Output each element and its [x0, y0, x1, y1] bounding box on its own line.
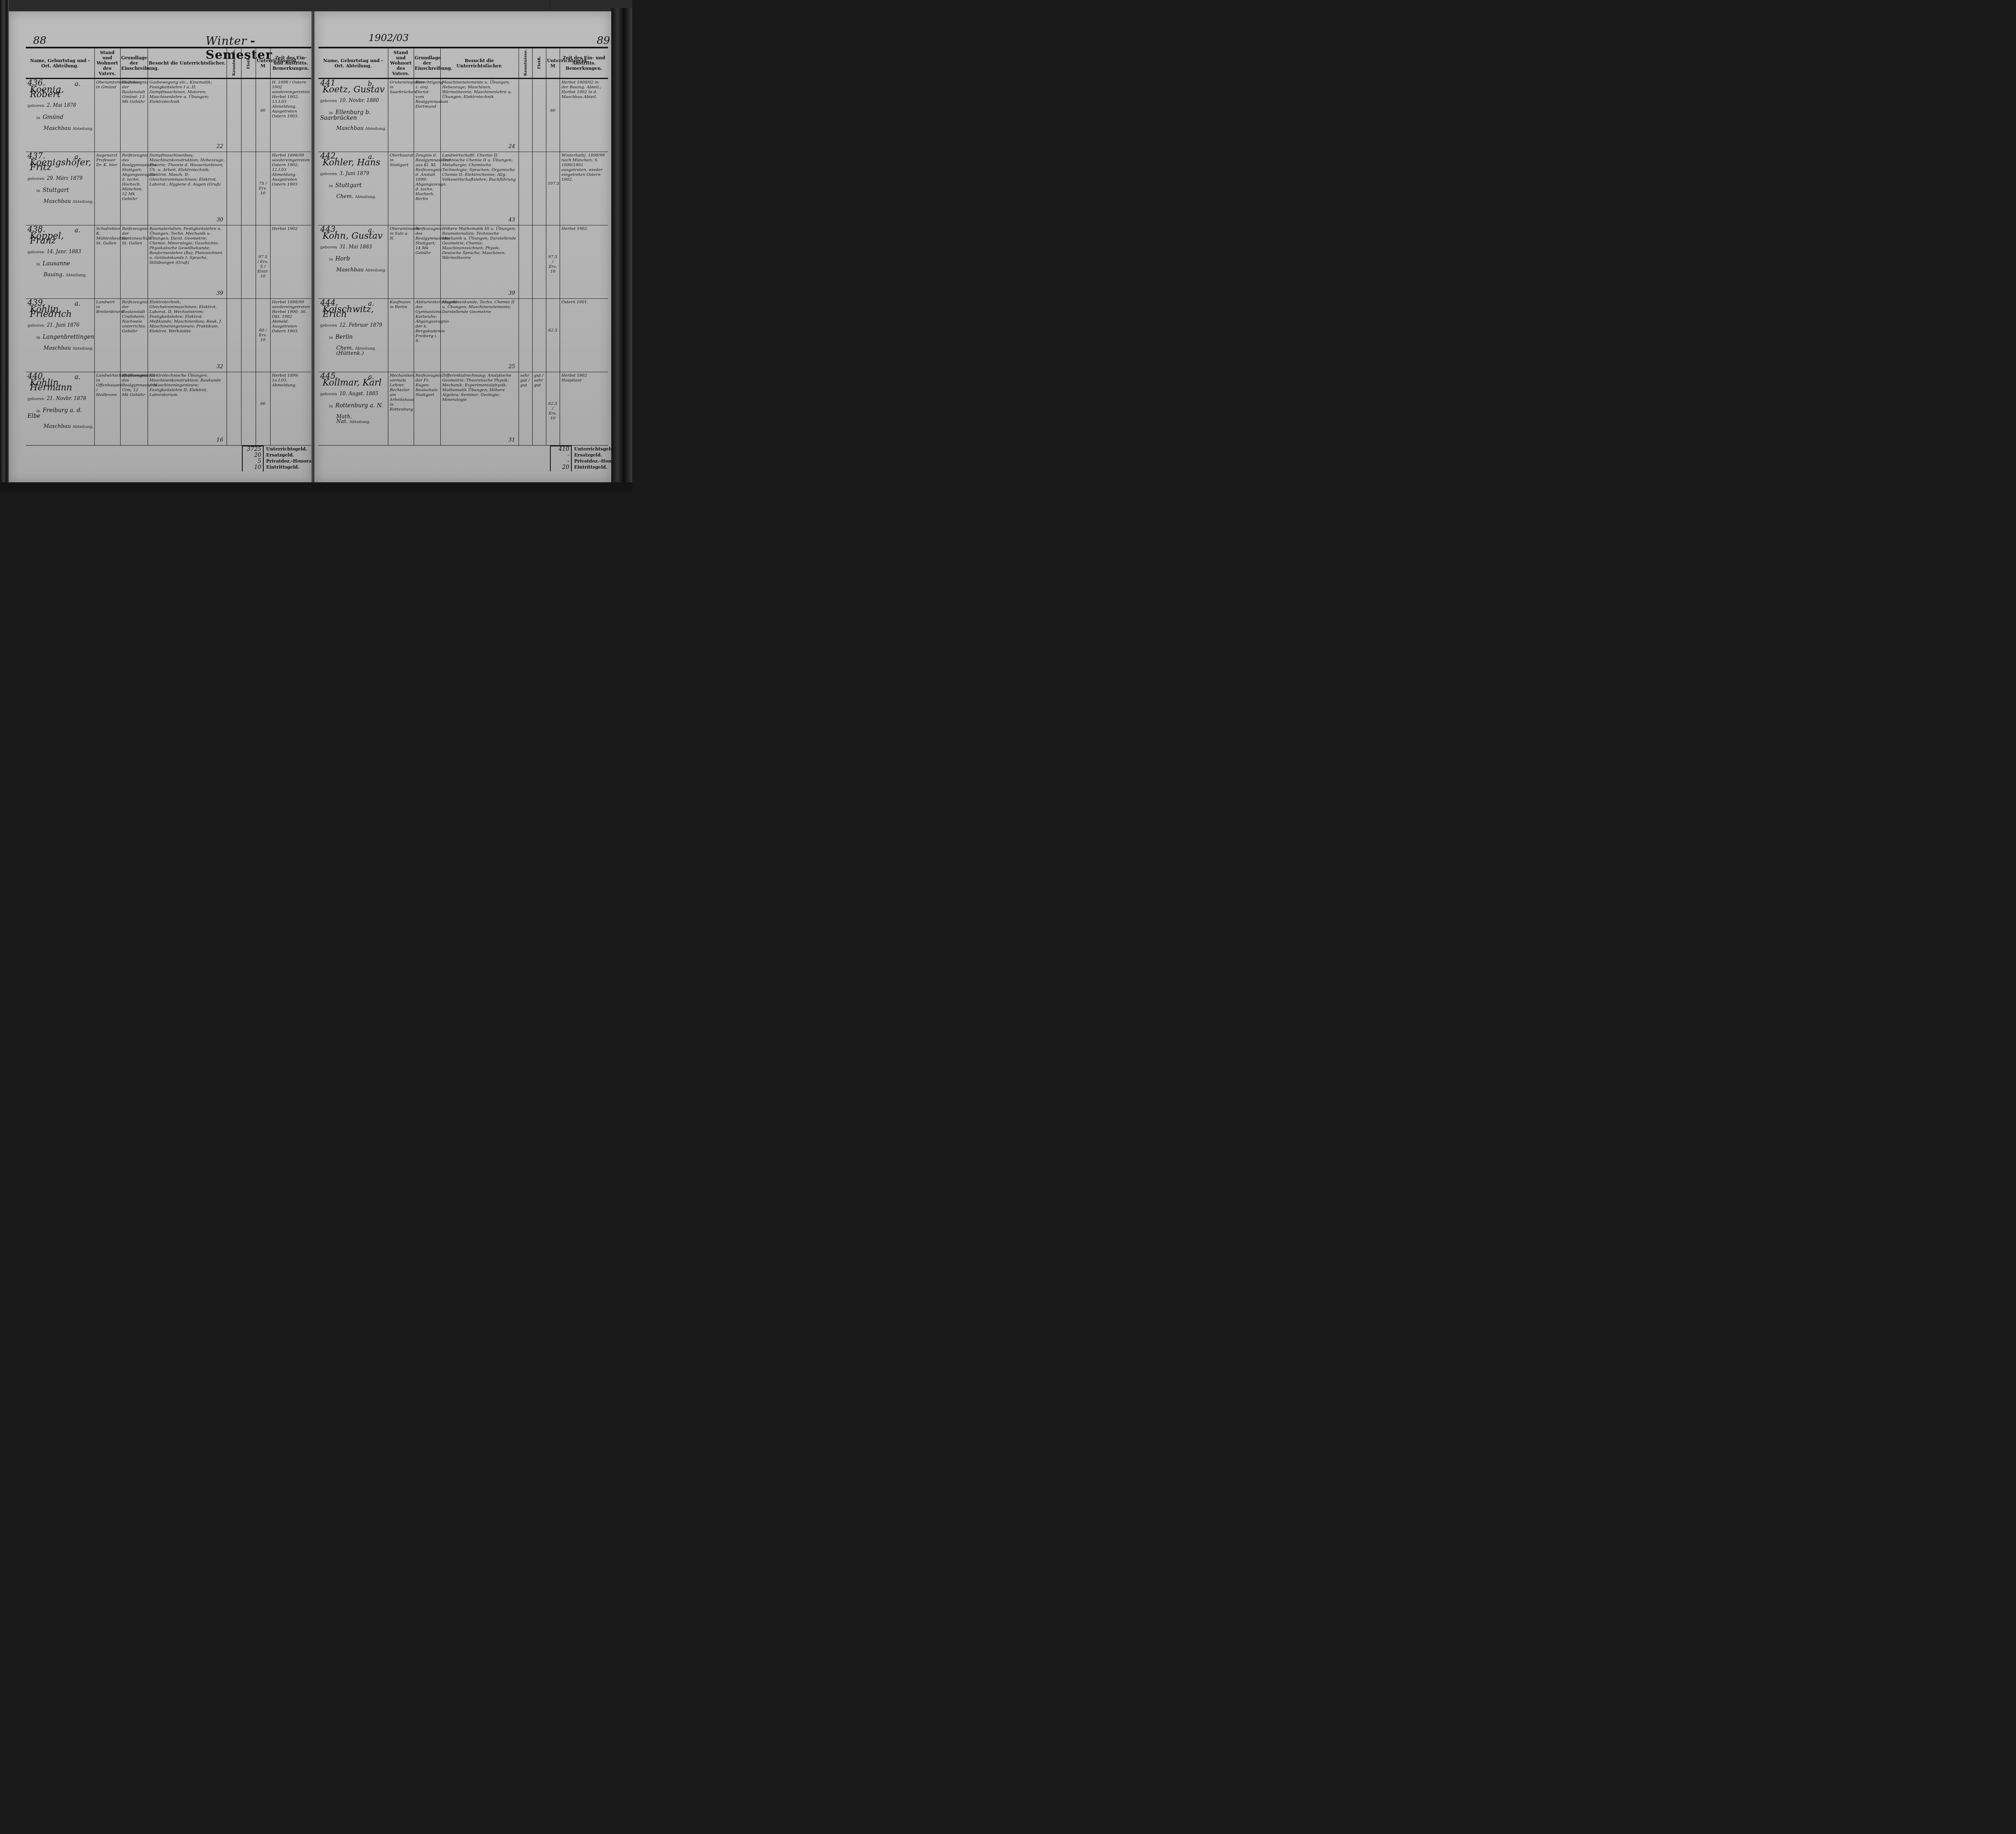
basis-cell: Reifezeugnis der Fr. Eugen-Realschule St… — [414, 372, 440, 446]
birthplace: Langenbrettingen — [43, 334, 94, 340]
diligence-cell — [532, 299, 546, 372]
knowledge-cell — [227, 299, 241, 372]
col-father: Stand und Wohnort des Vaters. — [94, 48, 120, 79]
fee-amount: 60 — [258, 402, 269, 406]
department: Chem. — [336, 194, 353, 200]
birth-date: 12. Februar 1879 — [339, 322, 382, 328]
col-name: Name, Geburtstag und -Ort. Abteilung. — [319, 48, 388, 79]
department: Maschbau — [44, 198, 71, 204]
student-cell: 441b.Koetz, Gustavgeboren10. Novbr. 1880… — [319, 79, 388, 152]
department-label: Abteilung. — [349, 420, 370, 424]
table-row: 443.a.Kohn, Gustavgeboren31. Mai 1883inH… — [319, 225, 608, 299]
subject-count: 24 — [508, 144, 515, 149]
born-label: geboren — [320, 392, 337, 396]
birthplace: Horb — [335, 256, 350, 262]
knowledge-cell — [519, 225, 532, 299]
born-label: geboren — [320, 323, 337, 328]
in-label: in — [36, 336, 40, 340]
student-cell: 444.a.Koischwitz, Erichgeboren12. Februa… — [319, 299, 388, 372]
in-label: in — [329, 257, 333, 262]
knowledge-cell — [519, 299, 532, 372]
subjects-list: Elektrotechnik; Gleichstrommaschinen; El… — [150, 300, 225, 334]
father-cell: Schulrektor K. Mühlenbesitzer St. Gallen — [94, 225, 120, 299]
col-diligence: Fleiß. — [241, 48, 256, 79]
father-cell: Oberamtsmechaniker in Gmünd — [94, 79, 120, 152]
section-letter: a. — [75, 301, 81, 306]
basis-cell: Abiturientenzeugnis des Gymnasiums Karls… — [414, 299, 440, 372]
born-label: geboren — [320, 99, 337, 103]
subject-count: 22 — [217, 144, 223, 149]
fee-cell: 60 — [256, 79, 270, 152]
register-table: Name, Geburtstag und -Ort. Abteilung. St… — [319, 47, 608, 446]
department-label: Abteilung. — [355, 195, 376, 199]
subjects-list: Maschinenelemente u. Übungen; Hebezeuge;… — [442, 80, 517, 100]
student-name: Koenigshöfer, Fritz — [30, 160, 93, 170]
birth-date: 2. Mai 1878 — [47, 102, 76, 108]
col-remarks: Zeit des Ein- und Austritts. Bemerkungen… — [270, 48, 311, 79]
table-row: 442.a.Kohler, Hansgeboren3. Juni 1879inS… — [319, 152, 608, 225]
fee-cell: 60 — [256, 372, 270, 446]
student-cell: 439.a.Köhlin, Friedrichgeboren21. Juni 1… — [26, 299, 94, 372]
col-subjects: Besucht die Unterrichtsfächer. — [440, 48, 519, 79]
in-label: in — [36, 116, 40, 120]
student-cell: 437.a.Koenigshöfer, Fritzgeboren29. März… — [26, 152, 94, 225]
fee-amount: 75 / Ers. 10 — [258, 181, 269, 196]
in-label: in — [329, 404, 333, 408]
student-cell: 438.a.Köppel, Franzgeboren14. Janr. 1883… — [26, 225, 94, 299]
department-label: Abteilung. — [73, 346, 94, 351]
diligence-cell — [241, 372, 256, 446]
subjects-list: Höhere Mathematik III u. Übungen; Baumat… — [442, 227, 517, 261]
birthplace: Lausanne — [43, 261, 71, 267]
student-name: Koischwitz, Erich — [323, 307, 386, 317]
diligence-cell — [532, 79, 546, 152]
subjects-cell: Maschinenkunde; Techn. Chemie II u. Übun… — [440, 299, 519, 372]
knowledge-cell — [227, 372, 241, 446]
remarks-cell: Herbst 1902 — [270, 225, 311, 299]
subjects-cell: Baumaterialien; Festigkeitslehre u. Übun… — [148, 225, 227, 299]
remarks-cell: Herbst 1900/02 in der Bauing. Abteil.; H… — [560, 79, 608, 152]
subject-count: 31 — [508, 438, 515, 443]
department-note: (Hüttenk.) — [336, 351, 386, 356]
fee-amount: 60 — [548, 108, 558, 113]
diligence-cell — [241, 152, 256, 225]
student-cell: 443.a.Kohn, Gustavgeboren31. Mai 1883inH… — [319, 225, 388, 299]
table-row: 444.a.Koischwitz, Erichgeboren12. Februa… — [319, 299, 608, 372]
in-label: in — [36, 262, 40, 267]
subjects-list: Baumaterialien; Festigkeitslehre u. Übun… — [150, 227, 225, 265]
table-row: 439.a.Köhlin, Friedrichgeboren21. Juni 1… — [26, 299, 311, 372]
section-letter: a. — [368, 301, 374, 306]
birth-date: 3. Juni 1879 — [339, 171, 369, 176]
knowledge-cell — [227, 152, 241, 225]
subjects-cell: Gasbewegung etc.; Kinematik; Festigkeits… — [148, 79, 227, 152]
knowledge-cell — [227, 225, 241, 299]
knowledge-cell — [227, 79, 241, 152]
totals-values: 3725 20 5 10 — [242, 445, 264, 471]
birthplace: Berlin — [335, 334, 353, 340]
remarks-cell: Herbst 1902 Hospitant — [560, 372, 608, 446]
fee-amount: 107.5 — [548, 181, 558, 186]
born-label: geboren — [27, 323, 44, 328]
section-letter: a. — [368, 228, 374, 233]
student-name: Kollmar, Karl — [323, 381, 386, 386]
subject-count: 16 — [217, 438, 223, 443]
semester-name: Winter — [206, 34, 247, 48]
student-cell: 436.a.Koenig, Robertgeboren2. Mai 1878in… — [26, 79, 94, 152]
subject-count: 30 — [217, 218, 223, 223]
department-label: Abteilung. — [66, 273, 87, 277]
born-label: geboren — [27, 104, 44, 108]
section-letter: a. — [368, 154, 374, 159]
ledger-scan: 88 Winter-Semester Name, Geburtstag und … — [0, 0, 632, 492]
student-name: Koetz, Gustav — [323, 88, 386, 92]
diligence-cell — [241, 225, 256, 299]
department: Bauing. — [44, 272, 64, 278]
student-cell: 445.a.Kollmar, Karlgeboren10. Augst. 188… — [319, 372, 388, 446]
totals-labels: Unterrichtsgeld. Ersatzgeld. Privatdoz.-… — [266, 446, 315, 470]
basis-cell: Berechtigung z. einj. Dienst vom Realgym… — [414, 79, 440, 152]
department: Maschbau — [336, 125, 364, 131]
father-cell: Oberamtmann in Sulz a. N. — [388, 225, 414, 299]
fee-amount: 97.5 / Ers. 5 / Eintr. 10 — [258, 255, 269, 279]
section-letter: b. — [368, 81, 374, 86]
fee-amount: 82.5 / Ers. 10 — [548, 402, 558, 421]
subject-count: 43 — [508, 218, 515, 223]
remarks-cell: Herbst 1902. — [560, 225, 608, 299]
remarks-cell: Winterhalbj. 1898/99 nach München; S. 18… — [560, 152, 608, 225]
table-row: 437.a.Koenigshöfer, Fritzgeboren29. März… — [26, 152, 311, 225]
book-edge-right — [611, 8, 632, 492]
department-label: Abteilung. — [365, 268, 386, 273]
subjects-list: Elektrotechnische Übungen; Maschinenkons… — [150, 373, 225, 398]
father-cell: Kaufmann in Berlin — [388, 299, 414, 372]
born-label: geboren — [27, 177, 44, 181]
student-name: Köhlin, Hermann — [30, 381, 93, 390]
col-father: Stand und Wohnort des Vaters. — [388, 48, 414, 79]
birthplace: Ellenburg b. Saarbrücken — [320, 109, 371, 121]
subjects-list: Landwirtschaftl. Chemie II; Technische C… — [442, 153, 517, 182]
left-page: 88 Winter-Semester Name, Geburtstag und … — [9, 11, 312, 483]
page-number: 88 — [33, 35, 46, 47]
birthplace: Gmünd — [43, 114, 63, 121]
birth-date: 29. März 1879 — [47, 175, 83, 181]
student-name: Kohn, Gustav — [323, 234, 386, 239]
col-fee: Unterrichtsgeld. M — [546, 48, 560, 79]
subjects-cell: Maschinenelemente u. Übungen; Hebezeuge;… — [440, 79, 519, 152]
birthplace: Freiburg a. d. Elbe — [27, 407, 82, 419]
subject-count: 32 — [217, 365, 223, 369]
basis-cell: Reifezeugnis des Realgymnasiums Ulm; 12 … — [120, 372, 148, 446]
fee-cell: 97.5 / Ers. 10 — [546, 225, 560, 299]
fee-cell: 75 / Ers. 10 — [256, 152, 270, 225]
academic-year: 1902/03 — [369, 32, 409, 44]
subject-count: 25 — [508, 365, 515, 369]
in-label: in — [36, 189, 40, 193]
born-label: geboren — [320, 245, 337, 250]
fee-cell: 60 — [546, 79, 560, 152]
fee-amount: 62.5 — [548, 328, 558, 333]
subjects-cell: Differentialrechnung; Analytische Geomet… — [440, 372, 519, 446]
remarks-cell: H. 1898 / Ostern 1902 wiedereingetreten … — [270, 79, 311, 152]
section-letter: a. — [368, 375, 374, 379]
subjects-cell: Dampfmaschinenbau; Maschinenkonstruktion… — [148, 152, 227, 225]
subject-count: 39 — [508, 291, 515, 296]
fee-amount: 80 / Ers. 10 — [258, 328, 269, 343]
remarks-cell: Herbst 1899; 1a.I.03. Abmeldung. — [270, 372, 311, 446]
fee-amount: 60 — [258, 108, 269, 113]
section-letter: a. — [75, 228, 81, 233]
student-name: Kohler, Hans — [323, 160, 386, 165]
student-cell: 442.a.Kohler, Hansgeboren3. Juni 1879inS… — [319, 152, 388, 225]
basis-cell: Reifezeugnis der Realanstalt Crailsheim;… — [120, 299, 148, 372]
father-cell: Mechaniker, vormals Lehrer, Bechteler am… — [388, 372, 414, 446]
subject-count: 39 — [217, 291, 223, 296]
knowledge-cell: sehr gut / gut — [519, 372, 532, 446]
diligence-cell — [532, 225, 546, 299]
department-label: Abteilung. — [365, 127, 386, 131]
right-page: 1902/03 89. Name, Geburtstag und -Ort. A… — [314, 11, 611, 483]
student-name: Koenig, Robert — [30, 88, 93, 97]
subjects-list: Gasbewegung etc.; Kinematik; Festigkeits… — [150, 80, 225, 104]
basis-cell: Reifezeugnis des Realgymnasiums Stuttgar… — [120, 152, 148, 225]
fee-cell: 82.5 / Ers. 10 — [546, 372, 560, 446]
department: Maschbau — [44, 345, 71, 351]
student-name: Köhlin, Friedrich — [30, 307, 93, 317]
fee-amount: 97.5 / Ers. 10 — [548, 255, 558, 274]
born-label: geboren — [320, 172, 337, 176]
col-diligence: Fleiß. — [532, 48, 546, 79]
diligence-cell — [532, 152, 546, 225]
register-table: Name, Geburtstag und -Ort. Abteilung. St… — [26, 47, 311, 446]
fee-cell: 62.5 — [546, 299, 560, 372]
knowledge-cell — [519, 79, 532, 152]
col-basis: Grundlage der Einschreibung. — [120, 48, 148, 79]
department: Maschbau — [336, 267, 364, 273]
birthplace: Rottenburg a. N. — [335, 402, 383, 409]
basis-cell: Reifezeugnis der Kantonsschule St. Galle… — [120, 225, 148, 299]
birth-date: 14. Janr. 1883 — [47, 249, 81, 254]
student-cell: 440.a.Köhlin, Hermanngeboren21. Novbr. 1… — [26, 372, 94, 446]
remarks-cell: Ostern 1901. — [560, 299, 608, 372]
birth-date: 10. Augst. 1885 — [339, 391, 378, 396]
fee-cell: 80 / Ers. 10 — [256, 299, 270, 372]
department-label: Abteilung. — [73, 425, 94, 429]
page-mark — [549, 0, 550, 10]
subjects-cell: Landwirtschaftl. Chemie II; Technische C… — [440, 152, 519, 225]
subjects-cell: Höhere Mathematik III u. Übungen; Baumat… — [440, 225, 519, 299]
subjects-list: Dampfmaschinenbau; Maschinenkonstruktion… — [150, 153, 225, 187]
col-name: Name, Geburtstag und -Ort. Abteilung. — [26, 48, 94, 79]
table-row: 445.a.Kollmar, Karlgeboren10. Augst. 188… — [319, 372, 608, 446]
totals-values: 410 - - 20 — [550, 445, 572, 471]
book-edge-bottom — [0, 482, 632, 492]
birth-date: 21. Novbr. 1878 — [47, 396, 86, 401]
subjects-cell: Elektrotechnik; Gleichstrommaschinen; El… — [148, 299, 227, 372]
department: Maschbau — [44, 423, 71, 429]
section-letter: a. — [75, 375, 81, 379]
birth-date: 21. Juni 1876 — [47, 322, 79, 328]
knowledge-cell — [519, 152, 532, 225]
department: Maschbau — [44, 125, 71, 131]
table-row: 440.a.Köhlin, Hermanngeboren21. Novbr. 1… — [26, 372, 311, 446]
department-label: Abteilung. — [73, 200, 94, 204]
birthplace: Stuttgart — [43, 187, 69, 194]
department-label: Abteilung. — [73, 127, 94, 131]
father-cell: Grubeninspektor in Saarbrücken — [388, 79, 414, 152]
basis-cell: Reifezeugnis der Realanstalt Gmünd; 13 M… — [120, 79, 148, 152]
born-label: geboren — [27, 250, 44, 254]
subjects-list: Maschinenkunde; Techn. Chemie II u. Übun… — [442, 300, 517, 315]
father-cell: Augenarzt Professor Dr. K. hier — [94, 152, 120, 225]
subjects-list: Differentialrechnung; Analytische Geomet… — [442, 373, 517, 402]
basis-cell: Zeugnis d. Realgymnasiums aus Kl. XI; Re… — [414, 152, 440, 225]
table-row: 441b.Koetz, Gustavgeboren10. Novbr. 1880… — [319, 79, 608, 152]
section-letter: a. — [75, 154, 81, 159]
section-letter: a. — [75, 81, 81, 86]
in-label: in — [329, 336, 333, 340]
birthplace: Stuttgart — [335, 182, 362, 189]
fee-cell: 107.5 — [546, 152, 560, 225]
diligence-cell — [241, 79, 256, 152]
table-row: 436.a.Koenig, Robertgeboren2. Mai 1878in… — [26, 79, 311, 152]
col-basis: Grundlage der Einschreibung. — [414, 48, 440, 79]
col-knowledge: Kenntnisse. — [519, 48, 532, 79]
book-edge-left — [0, 0, 9, 492]
col-subjects: Besucht die Unterrichtsfächer. — [148, 48, 227, 79]
table-row: 438.a.Köppel, Franzgeboren14. Janr. 1883… — [26, 225, 311, 299]
diligence-cell — [241, 299, 256, 372]
fee-cell: 97.5 / Ers. 5 / Eintr. 10 — [256, 225, 270, 299]
diligence-cell: gut / sehr gut — [532, 372, 546, 446]
remarks-cell: Herbst 1898/99 wiedereingetreten Ostern … — [270, 152, 311, 225]
basis-cell: Reifezeugnis des Realgymnasiums Stuttgar… — [414, 225, 440, 299]
father-cell: Landwirtschaftsökonomierat in Offenhause… — [94, 372, 120, 446]
col-knowledge: Kenntnisse. — [227, 48, 241, 79]
birth-date: 31. Mai 1883 — [339, 244, 372, 250]
born-label: geboren — [27, 397, 44, 401]
birth-date: 10. Novbr. 1880 — [339, 98, 379, 103]
student-name: Köppel, Franz — [30, 234, 93, 244]
remarks-cell: Herbst 1898/99 wiedereingetreten Herbst … — [270, 299, 311, 372]
father-cell: Landwirt in Breitenbrunn — [94, 299, 120, 372]
in-label: in — [329, 184, 333, 188]
col-fee: Unterrichtsgeld. M — [256, 48, 270, 79]
subjects-cell: Elektrotechnische Übungen; Maschinenkons… — [148, 372, 227, 446]
father-cell: Oberbaurat in Stuttgart — [388, 152, 414, 225]
